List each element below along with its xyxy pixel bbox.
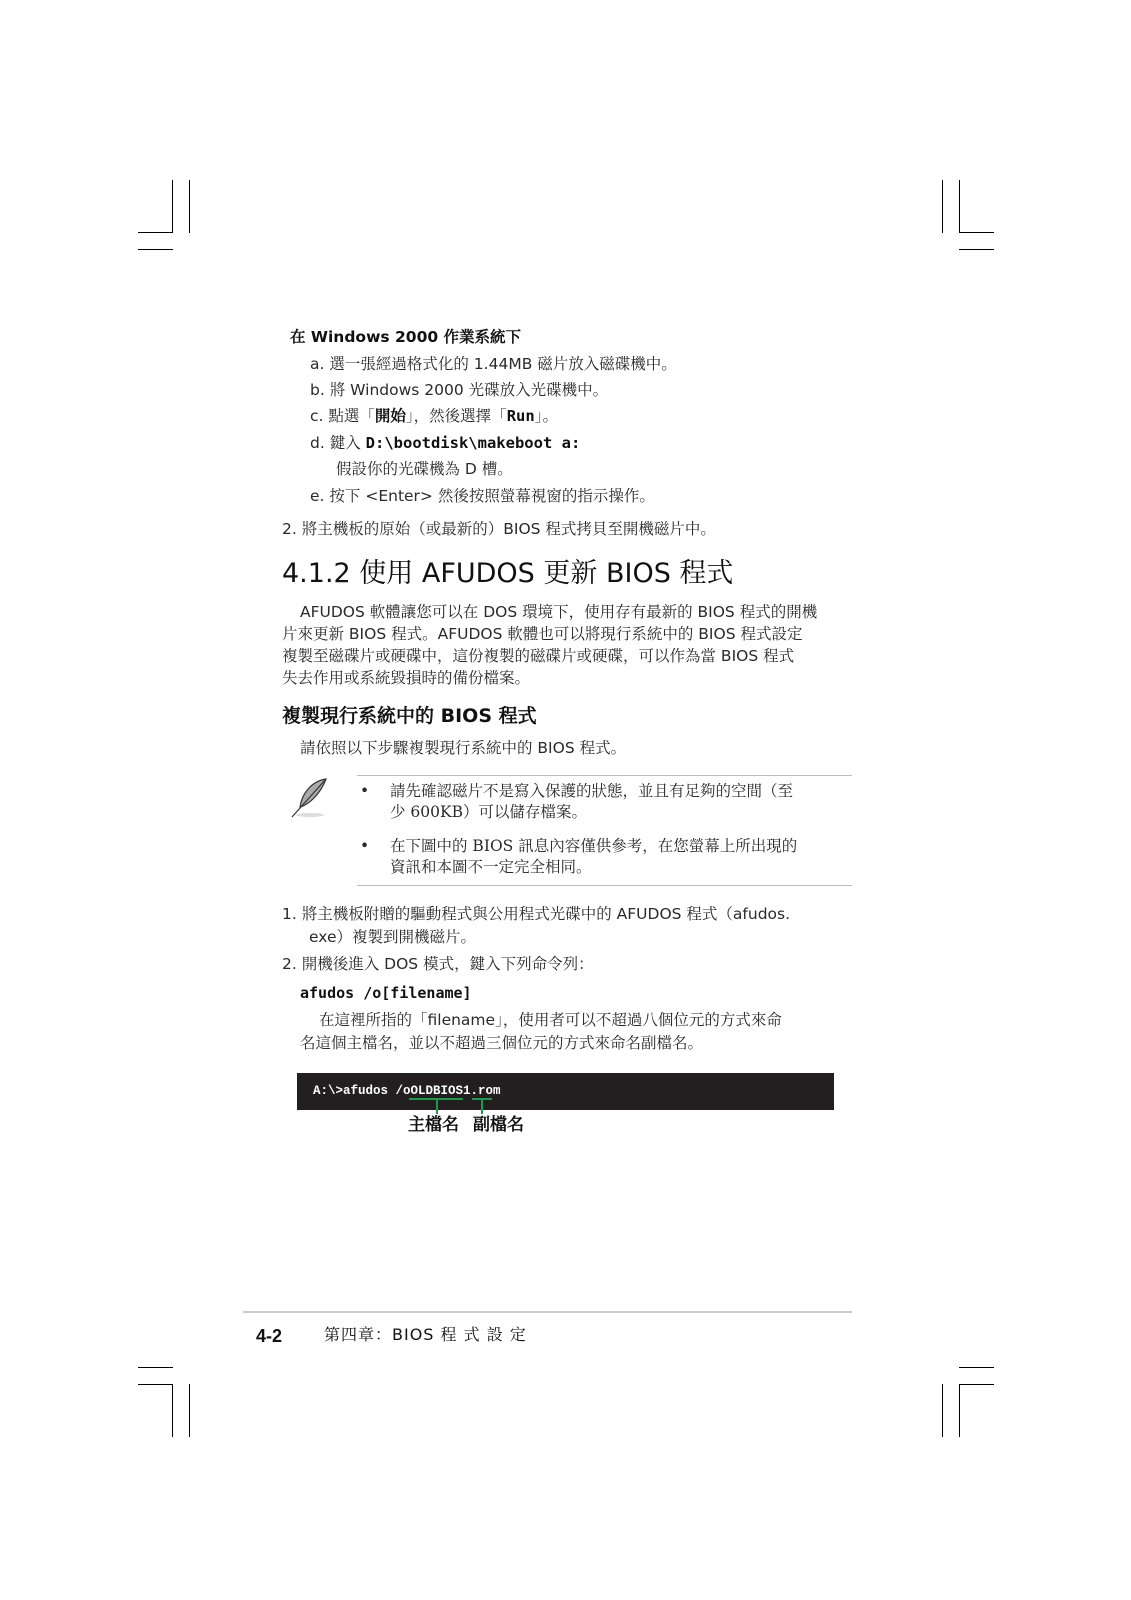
section-title-4-1-2: 4.1.2 使用 AFUDOS 更新 BIOS 程式 xyxy=(282,557,733,591)
note-bottom-rule xyxy=(357,885,852,886)
step-text: 開機後進入 DOS 模式，鍵入下列命令列： xyxy=(302,955,594,973)
step-text: 」。 xyxy=(535,407,558,425)
filename-explain-line2: 名這個主檔名，並以不超過三個位元的方式來命名副檔名。 xyxy=(300,1032,703,1054)
step-label: 1. xyxy=(282,905,297,923)
step-label: 2. xyxy=(282,520,297,538)
intro-line: AFUDOS 軟體讓您可以在 DOS 環境下，使用存有最新的 BIOS 程式的開… xyxy=(282,601,852,623)
note-bullet-1: • xyxy=(360,780,369,802)
terminal-ext: .rom xyxy=(471,1084,501,1098)
copy-step-1-line2: exe）複製到開機磁片。 xyxy=(309,926,476,948)
step-label: b. xyxy=(310,381,325,399)
step-label: c. xyxy=(310,407,323,425)
bullet-dot: • xyxy=(360,837,369,855)
step-text: 將 Windows 2000 光碟放入光碟機中。 xyxy=(330,381,608,399)
note-bullet-2-line2: 資訊和本圖不一定完全相同。 xyxy=(390,856,592,878)
step-label: e. xyxy=(310,487,324,505)
step-b: b. 將 Windows 2000 光碟放入光碟機中。 xyxy=(310,379,608,401)
step-text: 將主機板的原始（或最新的）BIOS 程式拷貝至開機磁片中。 xyxy=(302,520,716,538)
label-ext-name: 副檔名 xyxy=(473,1114,524,1136)
note-bullet-1-line1: 請先確認磁片不是寫入保護的狀態，並且有足夠的空間（至 xyxy=(390,780,793,802)
step-text: 」，然後選擇「 xyxy=(406,407,507,425)
step-a: a. 選一張經過格式化的 1.44MB 磁片放入磁碟機中。 xyxy=(310,353,677,375)
makeboot-command: D:\bootdisk\makeboot a: xyxy=(366,434,581,452)
step-label: a. xyxy=(310,355,324,373)
step-d-note: 假設你的光碟機為 D 槽。 xyxy=(336,458,513,480)
note-bullet-2-line1: 在下圖中的 BIOS 訊息內容僅供參考，在您螢幕上所出現的 xyxy=(390,835,797,857)
note-top-rule xyxy=(357,775,852,776)
step-c: c. 點選「開始」，然後選擇「Run」。 xyxy=(310,405,558,427)
intro-line: 片來更新 BIOS 程式。AFUDOS 軟體也可以將現行系統中的 BIOS 程式… xyxy=(282,623,852,645)
step-label: d. xyxy=(310,434,325,452)
step-text: 將主機板附贈的驅動程式與公用程式光碟中的 AFUDOS 程式（afudos. xyxy=(302,905,790,923)
afudos-intro: AFUDOS 軟體讓您可以在 DOS 環境下，使用存有最新的 BIOS 程式的開… xyxy=(282,601,852,689)
terminal-main-name: OLDBIOS1 xyxy=(411,1084,471,1098)
filename-explain-line1: 在這裡所指的「filename」，使用者可以不超過八個位元的方式來命 xyxy=(319,1009,782,1031)
footer-rule xyxy=(243,1311,852,1313)
copy-step-2: 2. 開機後進入 DOS 模式，鍵入下列命令列： xyxy=(282,953,594,975)
page-number: 4-2 xyxy=(256,1325,282,1347)
step-text: 選一張經過格式化的 1.44MB 磁片放入磁碟機中。 xyxy=(329,355,676,373)
step-label: 2. xyxy=(282,955,297,973)
terminal-screen: A:\>afudos /oOLDBIOS1.rom xyxy=(297,1073,834,1110)
label-main-name: 主檔名 xyxy=(408,1114,459,1136)
step-text: 按下 <Enter> 然後按照螢幕視窗的指示操作。 xyxy=(329,487,654,505)
note-bullet-1-line2: 少 600KB）可以儲存檔案。 xyxy=(390,801,587,823)
run-label: Run xyxy=(507,407,535,425)
step-2-copy-bios: 2. 將主機板的原始（或最新的）BIOS 程式拷貝至開機磁片中。 xyxy=(282,518,716,540)
step-e: e. 按下 <Enter> 然後按照螢幕視窗的指示操作。 xyxy=(310,485,655,507)
copy-bios-intro: 請依照以下步驟複製現行系統中的 BIOS 程式。 xyxy=(300,737,626,759)
win2000-heading: 在 Windows 2000 作業系統下 xyxy=(290,326,521,348)
step-text: 鍵入 xyxy=(330,434,366,452)
chapter-title: 第四章：BIOS 程 式 設 定 xyxy=(324,1324,527,1346)
start-menu-label: 開始 xyxy=(375,407,406,425)
step-text: 點選「 xyxy=(328,407,375,425)
step-d: d. 鍵入 D:\bootdisk\makeboot a: xyxy=(310,432,580,454)
intro-line: 失去作用或系統毀損時的備份檔案。 xyxy=(282,667,852,689)
copy-step-1: 1. 將主機板附贈的驅動程式與公用程式光碟中的 AFUDOS 程式（afudos… xyxy=(282,903,790,925)
copy-bios-heading: 複製現行系統中的 BIOS 程式 xyxy=(282,703,537,729)
afudos-command: afudos /o[filename] xyxy=(300,982,472,1004)
bullet-dot: • xyxy=(360,782,369,800)
terminal-line: A:\>afudos /oOLDBIOS1.rom xyxy=(313,1084,501,1098)
feather-pen-icon xyxy=(282,775,338,819)
note-bullet-2: • xyxy=(360,835,369,857)
intro-line: 複製至磁碟片或硬碟中，這份複製的磁碟片或硬碟，可以作為當 BIOS 程式 xyxy=(282,645,852,667)
terminal-prompt: A:\>afudos /o xyxy=(313,1084,411,1098)
